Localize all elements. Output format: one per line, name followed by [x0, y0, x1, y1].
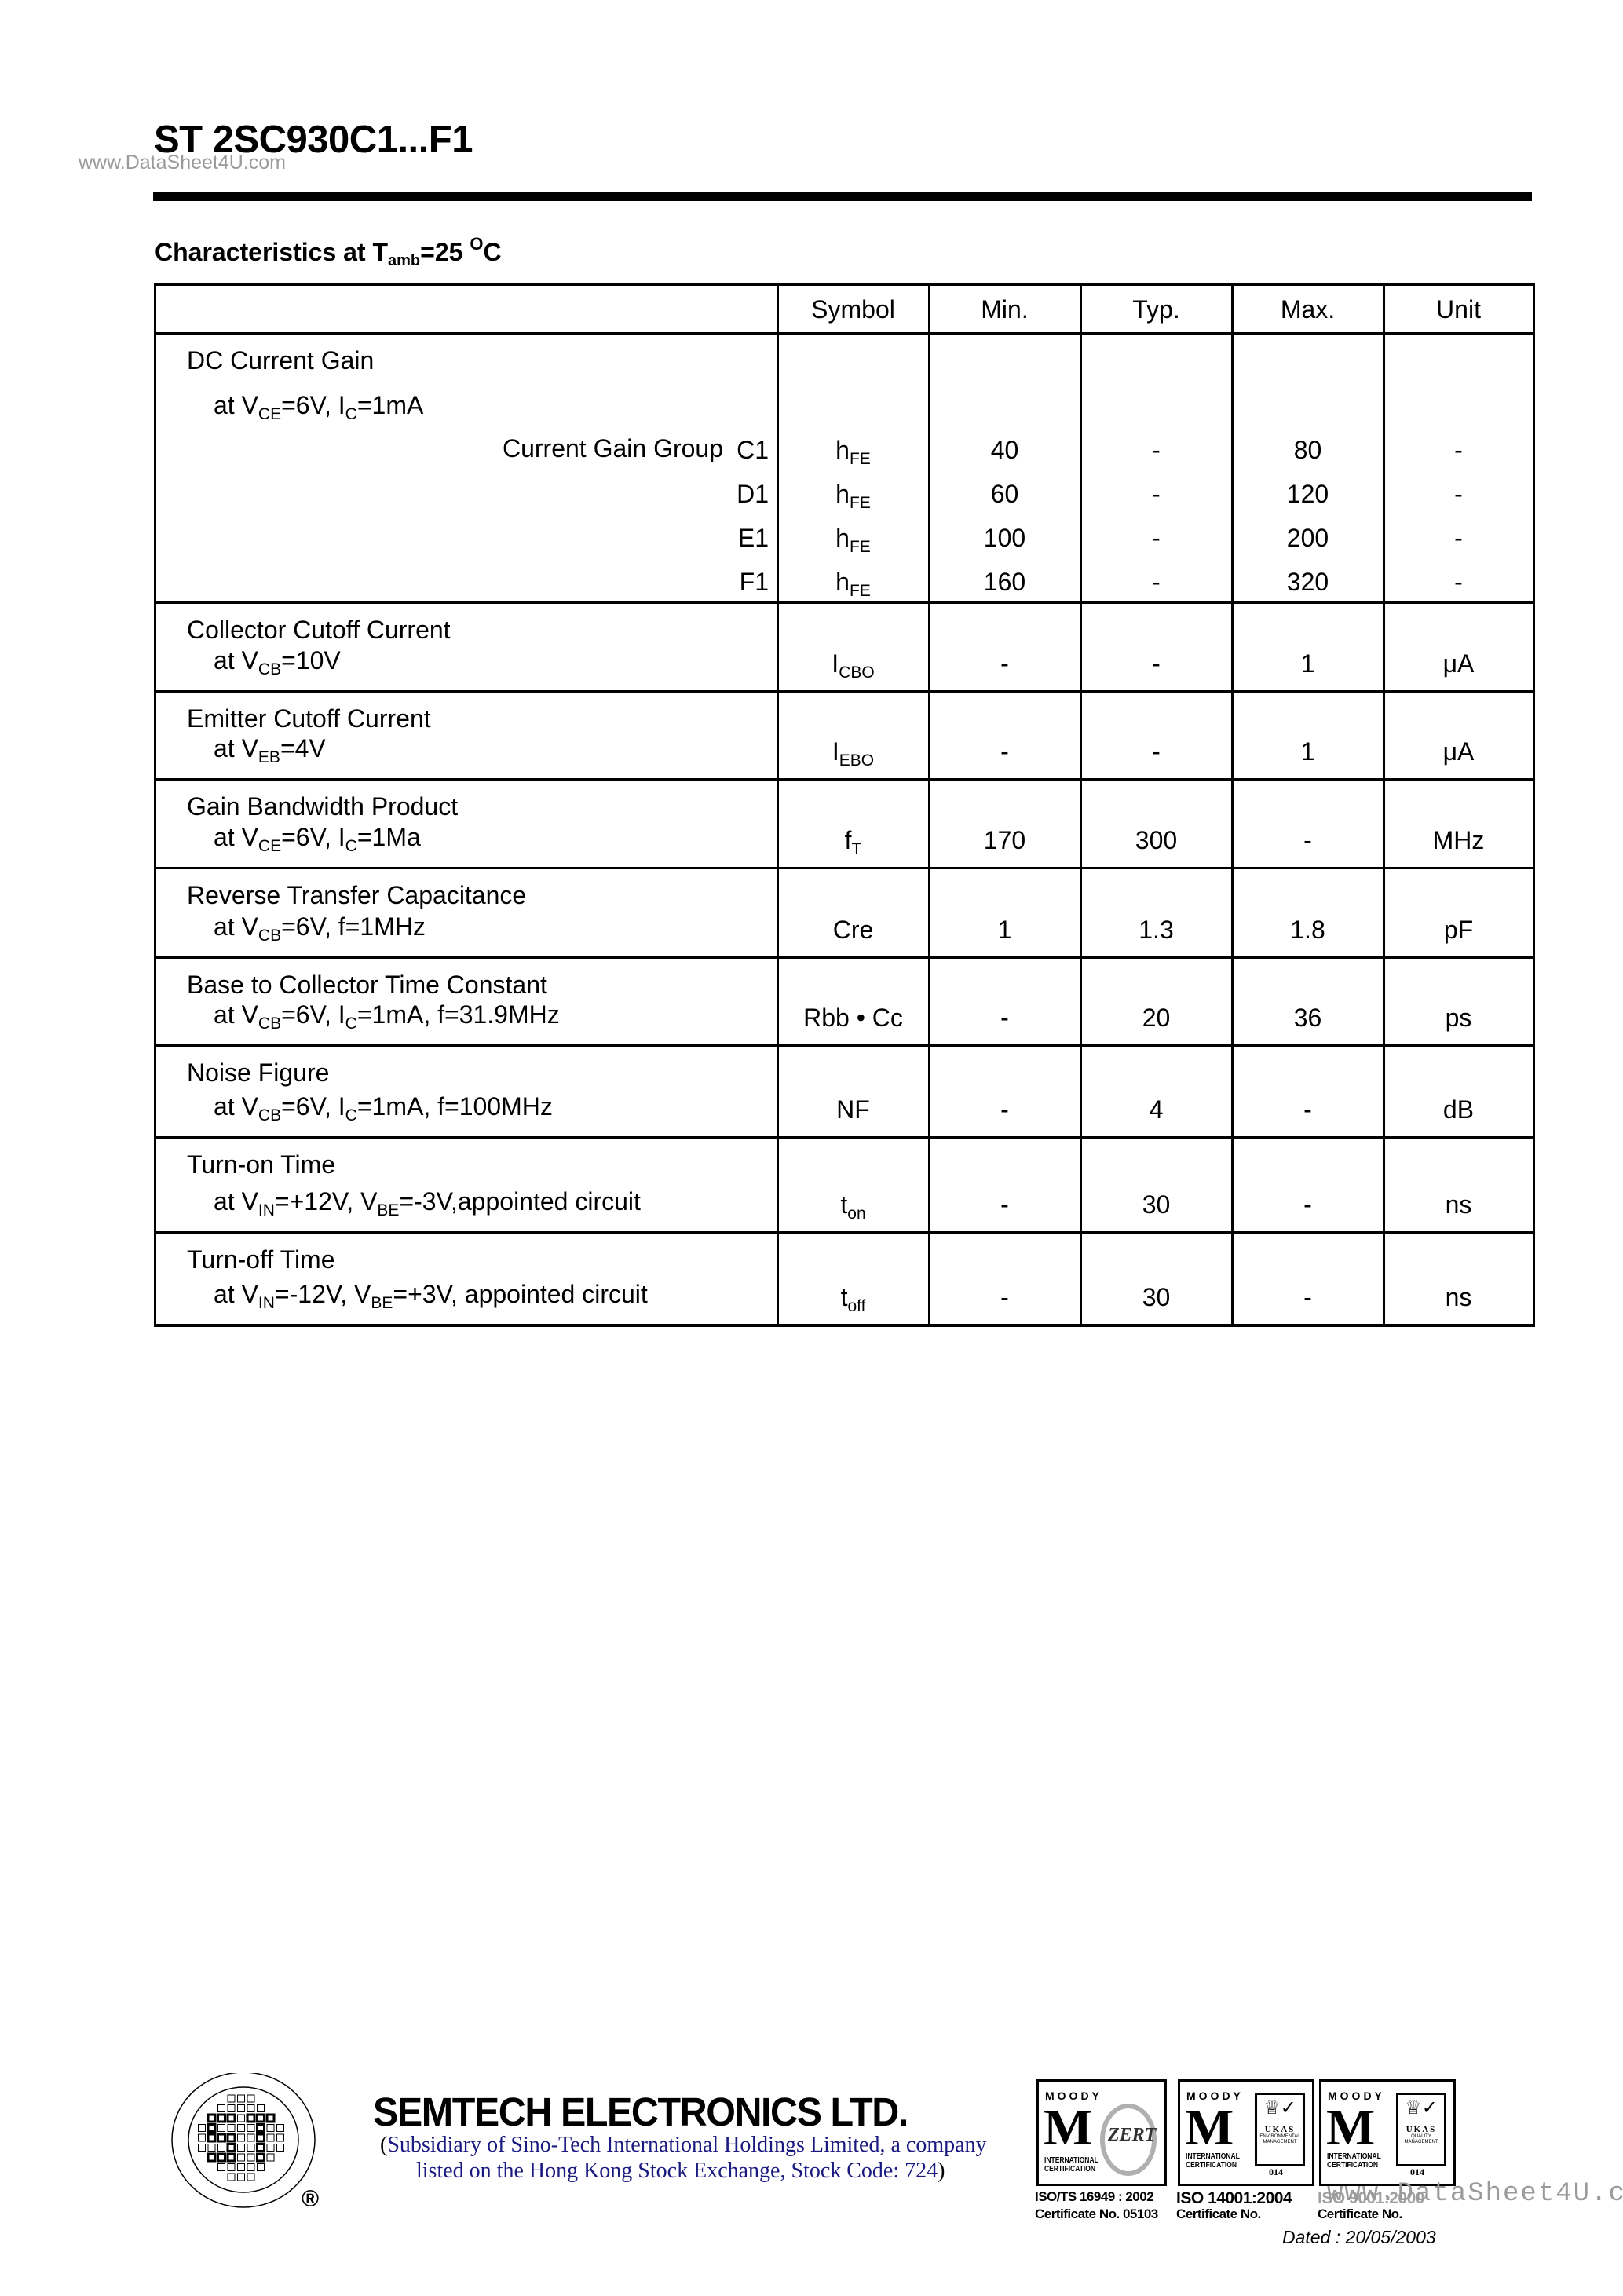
condition-subscript: IN [258, 1294, 275, 1312]
group-label: Current Gain Group [503, 436, 723, 461]
symbol-text: Cre [833, 916, 874, 944]
max-value: 80 [1294, 437, 1322, 462]
symbol-cell: hFE [835, 481, 871, 511]
ukas-text: UKAS [1257, 2125, 1303, 2134]
column-header-unit: Unit [1436, 297, 1481, 322]
condition-subscript: CE [258, 837, 281, 855]
symbol-cell: IEBO [832, 739, 874, 769]
gain-group: D1 [737, 481, 769, 506]
test-condition: at VCB=6V, IC=1mA, f=31.9MHz [214, 1002, 560, 1032]
parameter-name: DC Current Gain [187, 348, 374, 373]
condition-text: =10V [281, 646, 341, 675]
column-header-max: Max. [1281, 297, 1335, 322]
max-value: - [1303, 1285, 1312, 1310]
symbol-subscript: FE [850, 494, 871, 512]
min-value: 100 [984, 525, 1025, 550]
condition-text: at V [214, 391, 258, 419]
certification-org: INTERNATIONAL CERTIFICATION [1327, 2152, 1387, 2170]
min-value: 160 [984, 569, 1025, 594]
certification-org: INTERNATIONAL CERTIFICATION [1044, 2156, 1105, 2174]
min-value: - [1000, 1285, 1009, 1310]
unit-value: ps [1446, 1005, 1472, 1030]
symbol-text: h [835, 480, 850, 508]
close-paren: ) [938, 2159, 945, 2183]
condition-subscript: C [345, 405, 357, 423]
condition-subscript: BE [377, 1201, 399, 1219]
condition-subscript: C [345, 1106, 357, 1124]
moody-m-icon: M [1044, 2102, 1092, 2154]
typ-value: - [1152, 569, 1161, 594]
typ-value: 30 [1142, 1285, 1171, 1310]
header-rule [153, 192, 1532, 201]
min-value: - [1000, 651, 1009, 676]
gain-group: C1 [737, 437, 769, 462]
typ-value: 300 [1135, 828, 1177, 853]
symbol-cell: toff [841, 1285, 866, 1314]
symbol-text: t [840, 1190, 847, 1219]
min-value: - [1000, 1005, 1009, 1030]
symbol-cell: Rbb • Cc [803, 1005, 903, 1030]
symbol-cell: hFE [835, 569, 871, 599]
condition-subscript: C [345, 837, 357, 855]
symbol-subscript: FE [850, 450, 871, 468]
condition-text: =1mA, f=100MHz [357, 1092, 553, 1121]
condition-text: at V [214, 1280, 258, 1308]
table-row-border [154, 1136, 1535, 1139]
parameter-name: Gain Bandwidth Product [187, 794, 458, 819]
max-value: 120 [1287, 481, 1329, 506]
condition-text: at V [214, 1000, 258, 1029]
table-column-border [1231, 283, 1234, 1326]
certificate-number: Certificate No. 05103 [1035, 2206, 1158, 2222]
table-row-border [154, 690, 1535, 693]
crown-check-icon: ♕✓ [1398, 2098, 1444, 2119]
unit-value: - [1454, 481, 1463, 506]
condition-subscript: BE [371, 1294, 393, 1312]
certification-standard: ISO/TS 16949 : 2002 [1035, 2189, 1153, 2205]
symbol-cell: ICBO [832, 651, 874, 681]
unit-value: - [1454, 525, 1463, 550]
test-condition: at VCE=6V, IC=1mA [214, 393, 423, 422]
table-column-border [1383, 283, 1385, 1326]
table-column-border [154, 283, 156, 1326]
symbol-text: h [835, 436, 850, 464]
table-row-border [154, 283, 1535, 286]
max-value: 1.8 [1290, 917, 1325, 942]
registered-mark: ® [302, 2186, 319, 2212]
section-heading: Characteristics at Tamb=25 OC [155, 234, 502, 270]
typ-value: - [1152, 651, 1161, 676]
parameter-name: Reverse Transfer Capacitance [187, 883, 526, 908]
gain-group: E1 [738, 525, 769, 550]
max-value: 320 [1287, 569, 1329, 594]
symbol-cell: hFE [835, 525, 871, 555]
symbol-cell: fT [845, 828, 862, 857]
test-condition: at VCE=6V, IC=1Ma [214, 824, 421, 854]
unit-value: MHz [1433, 828, 1485, 853]
unit-value: - [1454, 569, 1463, 594]
condition-text: at V [214, 823, 258, 851]
section-heading-unit: C [483, 238, 501, 266]
condition-subscript: CE [258, 405, 281, 423]
ukas-subtitle: ENVIRONMENTAL MANAGEMENT [1257, 2134, 1303, 2145]
certification-badge: MOODYMINTERNATIONAL CERTIFICATION♕✓UKASE… [1178, 2079, 1314, 2186]
typ-value: 1.3 [1139, 917, 1173, 942]
condition-text: =-3V,appointed circuit [399, 1187, 640, 1216]
table-column-border [928, 283, 930, 1326]
typ-value: - [1152, 525, 1161, 550]
min-value: - [1000, 739, 1009, 764]
symbol-text: t [841, 1283, 848, 1311]
subsidiary-line-2: listed on the Hong Kong Stock Exchange, … [416, 2159, 945, 2184]
parameter-name: Turn-off Time [187, 1247, 335, 1272]
condition-text: =+3V, appointed circuit [393, 1280, 647, 1308]
column-header-typ: Typ. [1132, 297, 1179, 322]
typ-value: - [1152, 481, 1161, 506]
condition-subscript: CB [258, 660, 281, 678]
unit-value: ns [1446, 1285, 1472, 1310]
condition-text: at V [214, 734, 258, 762]
ukas-text: UKAS [1398, 2125, 1444, 2134]
min-value: 60 [991, 481, 1019, 506]
max-value: 200 [1287, 525, 1329, 550]
unit-value: μA [1443, 739, 1475, 764]
condition-text: =+12V, V [275, 1187, 378, 1216]
symbol-text: NF [836, 1095, 870, 1124]
symbol-subscript: T [852, 840, 862, 858]
max-value: - [1303, 1192, 1312, 1217]
column-header-min: Min. [981, 297, 1028, 322]
certification-standard: ISO 14001:2004 [1176, 2189, 1292, 2208]
typ-value: - [1152, 437, 1161, 462]
condition-text: at V [214, 912, 258, 941]
table-row-border [154, 956, 1535, 959]
column-header-symbol: Symbol [811, 297, 895, 322]
max-value: 1 [1301, 739, 1315, 764]
test-condition: at VCB=6V, f=1MHz [214, 914, 426, 944]
condition-text: =6V, I [281, 823, 345, 851]
certification-org: INTERNATIONAL CERTIFICATION [1186, 2152, 1246, 2170]
condition-subscript: IN [258, 1201, 275, 1219]
test-condition: at VIN=-12V, VBE=+3V, appointed circuit [214, 1281, 648, 1311]
symbol-cell: Cre [833, 917, 874, 942]
table-row-border [154, 332, 1535, 335]
condition-text: =1mA [357, 391, 423, 419]
symbol-subscript: off [847, 1297, 865, 1315]
table-row-border [154, 1231, 1535, 1234]
table-row-border [154, 601, 1535, 604]
condition-subscript: C [345, 1015, 357, 1033]
certificate-number: Certificate No. [1318, 2206, 1402, 2222]
symbol-cell: NF [836, 1097, 870, 1122]
gain-group: F1 [740, 569, 769, 594]
symbol-subscript: FE [850, 538, 871, 556]
parameter-name: Base to Collector Time Constant [187, 972, 547, 997]
certification-badge: MOODYMINTERNATIONAL CERTIFICATIONZERT [1036, 2079, 1167, 2186]
typ-value: - [1152, 739, 1161, 764]
zert-text: ZERT [1108, 2125, 1156, 2146]
parameter-name: Turn-on Time [187, 1152, 335, 1177]
condition-text: =4V [280, 734, 326, 762]
table-row-border [154, 1324, 1535, 1327]
condition-text: at V [214, 1187, 258, 1216]
unit-value: ns [1446, 1192, 1472, 1217]
condition-subscript: EB [258, 748, 280, 766]
test-condition: at VCB=10V [214, 648, 341, 678]
moody-m-icon: M [1185, 2102, 1234, 2154]
unit-value: - [1454, 437, 1463, 462]
min-value: 1 [998, 917, 1012, 942]
ukas-subtitle: QUALITY MANAGEMENT [1398, 2134, 1444, 2145]
min-value: - [1000, 1097, 1009, 1122]
unit-value: μA [1443, 651, 1475, 676]
ukas-number: 014 [1410, 2166, 1424, 2178]
subsidiary-text-1: Subsidiary of Sino-Tech International Ho… [387, 2133, 986, 2157]
condition-text: =6V, I [281, 1092, 345, 1121]
subsidiary-text-2: listed on the Hong Kong Stock Exchange, … [416, 2159, 938, 2183]
company-name: SEMTECH ELECTRONICS LTD. [373, 2089, 908, 2135]
semtech-st-logo-icon: ® [165, 2073, 338, 2238]
parameter-name: Collector Cutoff Current [187, 617, 451, 642]
table-row-border [154, 867, 1535, 869]
subsidiary-line-1: (Subsidiary of Sino-Tech International H… [380, 2133, 987, 2158]
symbol-text: h [835, 524, 850, 552]
ukas-number: 014 [1269, 2166, 1283, 2178]
parameter-name: Emitter Cutoff Current [187, 706, 431, 731]
table-row-border [154, 778, 1535, 781]
symbol-subscript: EBO [839, 751, 874, 770]
degree-symbol: O [470, 234, 483, 254]
characteristics-table: SymbolMin.Typ.Max.UnitDC Current Gainat … [154, 283, 1535, 1326]
symbol-text: I [832, 737, 839, 766]
symbol-subscript: CBO [839, 664, 875, 682]
min-value: 40 [991, 437, 1019, 462]
certification-badge: MOODYMINTERNATIONAL CERTIFICATION♕✓UKASQ… [1319, 2079, 1456, 2186]
min-value: 170 [984, 828, 1025, 853]
symbol-subscript: FE [850, 582, 871, 600]
condition-text: =6V, f=1MHz [281, 912, 426, 941]
certificate-number: Certificate No. [1176, 2206, 1261, 2222]
max-value: 36 [1294, 1005, 1322, 1030]
section-heading-sub: amb [388, 252, 420, 269]
condition-text: =1Ma [357, 823, 421, 851]
condition-text: =6V, I [281, 391, 345, 419]
max-value: 1 [1301, 651, 1315, 676]
section-heading-text: Characteristics at T [155, 238, 388, 266]
table-column-border [1080, 283, 1082, 1326]
condition-text: =6V, I [281, 1000, 345, 1029]
typ-value: 20 [1142, 1005, 1171, 1030]
symbol-text: f [845, 826, 852, 854]
open-paren: ( [380, 2133, 387, 2157]
table-column-border [777, 283, 779, 1326]
unit-value: pF [1444, 917, 1473, 942]
table-column-border [1533, 283, 1535, 1326]
document-date: Dated : 20/05/2003 [1282, 2227, 1436, 2248]
typ-value: 30 [1142, 1192, 1171, 1217]
symbol-subscript: on [847, 1205, 865, 1223]
condition-text: =1mA, f=31.9MHz [357, 1000, 560, 1029]
typ-value: 4 [1150, 1097, 1164, 1122]
condition-text: at V [214, 646, 258, 675]
max-value: - [1303, 1097, 1312, 1122]
section-heading-value: =25 [420, 238, 470, 266]
max-value: - [1303, 828, 1312, 853]
watermark-link[interactable]: www.DataSheet4U.com [79, 152, 286, 174]
test-condition: at VEB=4V [214, 736, 326, 766]
unit-value: dB [1443, 1097, 1474, 1122]
condition-subscript: CB [258, 927, 281, 945]
condition-subscript: CB [258, 1106, 281, 1124]
watermark-link-bottom[interactable]: www.DataSheet4U.com [1327, 2179, 1623, 2209]
moody-m-icon: M [1326, 2102, 1375, 2154]
symbol-text: I [832, 649, 839, 678]
table-row-border [154, 1044, 1535, 1047]
condition-text: =-12V, V [275, 1280, 371, 1308]
test-condition: at VIN=+12V, VBE=-3V,appointed circuit [214, 1189, 641, 1219]
parameter-name: Noise Figure [187, 1060, 329, 1085]
ukas-badge: ♕✓UKASQUALITY MANAGEMENT [1396, 2093, 1446, 2166]
min-value: - [1000, 1192, 1009, 1217]
symbol-text: Rbb • Cc [803, 1004, 903, 1032]
test-condition: at VCB=6V, IC=1mA, f=100MHz [214, 1094, 553, 1124]
ukas-badge: ♕✓UKASENVIRONMENTAL MANAGEMENT [1255, 2093, 1305, 2166]
symbol-cell: ton [840, 1192, 865, 1222]
symbol-text: h [835, 568, 850, 596]
condition-subscript: CB [258, 1015, 281, 1033]
symbol-cell: hFE [835, 437, 871, 467]
crown-check-icon: ♕✓ [1257, 2098, 1303, 2119]
condition-text: at V [214, 1092, 258, 1121]
